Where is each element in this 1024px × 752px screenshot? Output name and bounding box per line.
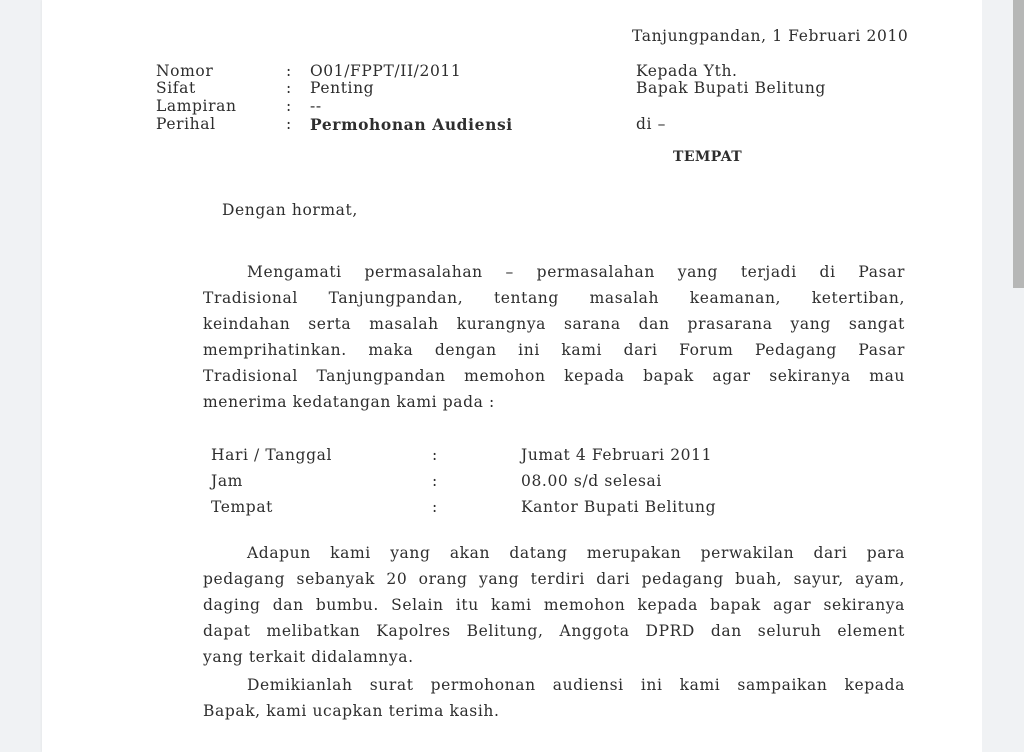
meta-label-nomor: Nomor xyxy=(156,62,213,80)
scrollbar-thumb[interactable] xyxy=(1013,0,1024,288)
meta-value-sifat: Penting xyxy=(310,79,374,97)
viewer-left-margin xyxy=(0,0,42,752)
detail-colon: : xyxy=(432,446,438,464)
paragraph-line: Bapak, kami ucapkan terima kasih. xyxy=(203,698,905,724)
paragraph-line: yang terkait didalamnya. xyxy=(203,644,905,670)
meta-colon: : xyxy=(286,79,292,97)
meta-label-lampiran: Lampiran xyxy=(156,97,237,115)
paragraph-line: memprihatinkan. maka dengan ini kami dar… xyxy=(203,337,905,363)
recipient-line-1: Kepada Yth. xyxy=(636,62,738,80)
paragraph-line: Demikianlah surat permohonan audiensi in… xyxy=(203,672,905,698)
meta-value-nomor: O01/FPPT/II/2011 xyxy=(310,62,461,80)
recipient-line-3: di – xyxy=(636,115,666,133)
meta-value-lampiran: -- xyxy=(310,97,322,115)
paragraph-line: keindahan serta masalah kurangnya sarana… xyxy=(203,311,905,337)
paragraph-line: Tradisional Tanjungpandan memohon kepada… xyxy=(203,363,905,389)
paragraph-line: Tradisional Tanjungpandan, tentang masal… xyxy=(203,285,905,311)
detail-label-time: Jam xyxy=(211,472,243,490)
recipient-place: TEMPAT xyxy=(673,149,742,165)
meta-label-perihal: Perihal xyxy=(156,115,216,133)
detail-value-date: Jumat 4 Februari 2011 xyxy=(521,446,712,464)
paragraph-2: Adapun kami yang akan datang merupakan p… xyxy=(203,540,905,670)
detail-colon: : xyxy=(432,498,438,516)
detail-label-place: Tempat xyxy=(211,498,273,516)
meta-colon: : xyxy=(286,115,292,133)
paragraph-3: Demikianlah surat permohonan audiensi in… xyxy=(203,672,905,724)
detail-label-date: Hari / Tanggal xyxy=(211,446,332,464)
paragraph-line: Mengamati permasalahan – permasalahan ya… xyxy=(203,259,905,285)
paragraph-line: menerima kedatangan kami pada : xyxy=(203,389,905,415)
paragraph-line: dapat melibatkan Kapolres Belitung, Angg… xyxy=(203,618,905,644)
detail-value-place: Kantor Bupati Belitung xyxy=(521,498,716,516)
detail-value-time: 08.00 s/d selesai xyxy=(521,472,662,490)
meta-colon: : xyxy=(286,97,292,115)
paragraph-line: Adapun kami yang akan datang merupakan p… xyxy=(203,540,905,566)
place-date: Tanjungpandan, 1 Februari 2010 xyxy=(632,27,908,45)
paragraph-line: pedagang sebanyak 20 orang yang terdiri … xyxy=(203,566,905,592)
meta-value-perihal: Permohonan Audiensi xyxy=(310,115,513,134)
paragraph-1: Mengamati permasalahan – permasalahan ya… xyxy=(203,259,905,415)
meta-colon: : xyxy=(286,62,292,80)
meta-label-sifat: Sifat xyxy=(156,79,196,97)
paragraph-line: daging dan bumbu. Selain itu kami memoho… xyxy=(203,592,905,618)
salutation: Dengan hormat, xyxy=(222,201,358,219)
recipient-line-2: Bapak Bupati Belitung xyxy=(636,79,826,97)
detail-colon: : xyxy=(432,472,438,490)
